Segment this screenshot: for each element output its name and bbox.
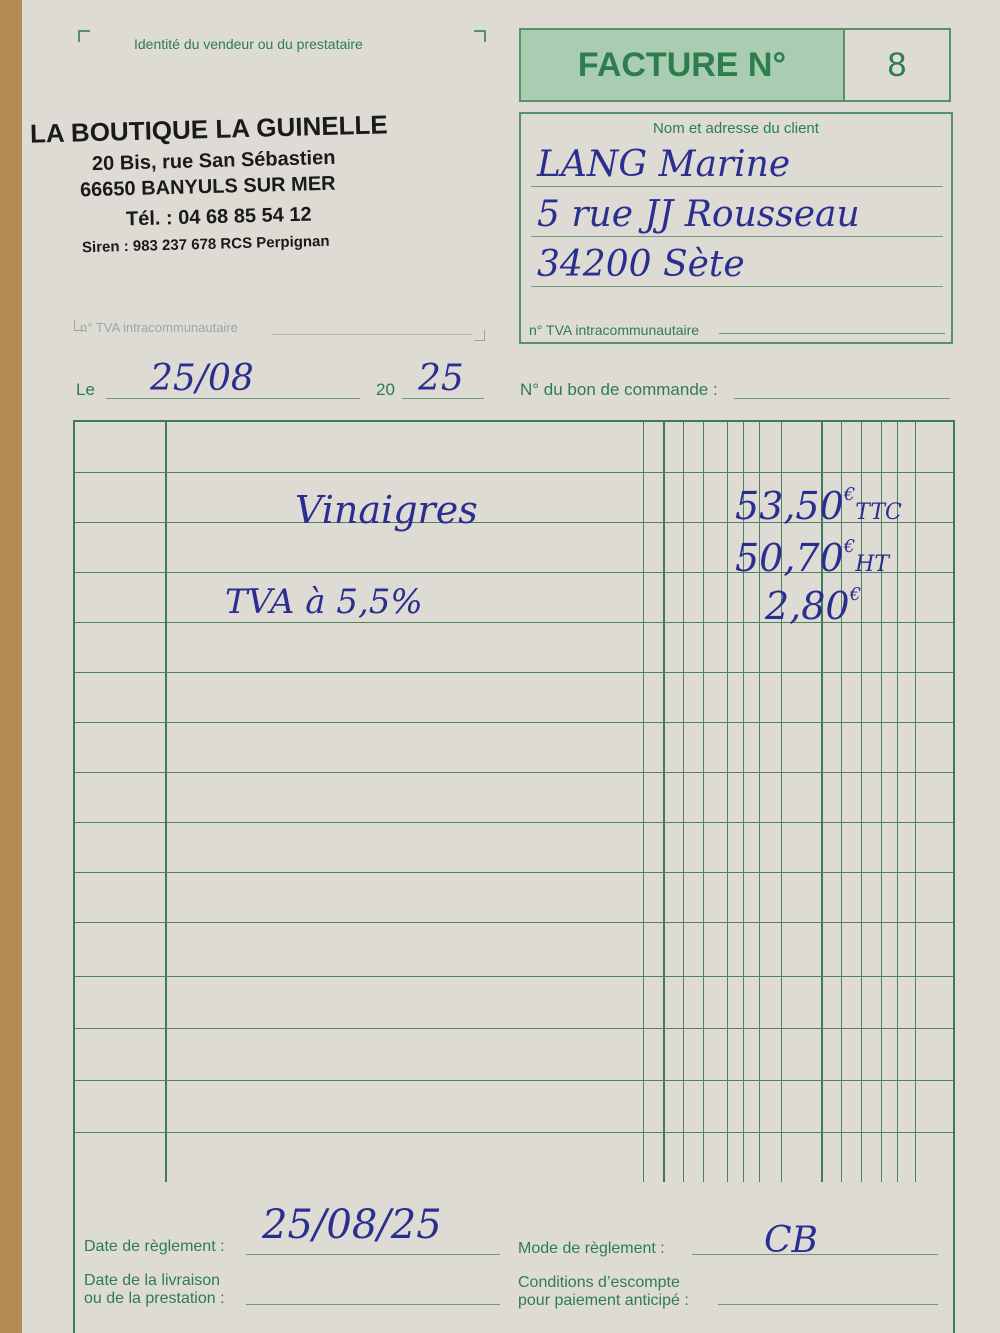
row-line <box>75 822 953 823</box>
row-line <box>75 1132 953 1133</box>
line-description[interactable]: TVA à 5,5% <box>225 582 423 622</box>
line-amount-tva[interactable]: 2,80€ <box>765 584 861 628</box>
row-line <box>75 722 953 723</box>
row-line <box>75 672 953 673</box>
row-line <box>75 472 953 473</box>
amount-suffix: TTC <box>855 500 902 525</box>
invoice-number: 8 <box>845 30 949 100</box>
amount-value: 50,70 <box>735 536 844 580</box>
line-amount-ttc[interactable]: 53,50€TTC <box>735 484 902 528</box>
client-city[interactable]: 34200 Sète <box>537 244 745 285</box>
client-line-2 <box>531 236 943 237</box>
seller-section-label: Identité du vendeur ou du prestataire <box>134 36 363 52</box>
col-divider <box>703 422 704 1182</box>
row-line <box>75 772 953 773</box>
discount-field[interactable] <box>718 1304 938 1305</box>
client-line-3 <box>531 286 943 287</box>
line-description[interactable]: Vinaigres <box>295 488 478 532</box>
seller-corner-br <box>474 330 485 341</box>
payment-date-label: Date de règlement : <box>84 1238 225 1256</box>
seller-corner-tr <box>474 30 486 42</box>
row-line <box>75 976 953 977</box>
col-divider <box>915 422 916 1182</box>
payment-date-value[interactable]: 25/08/25 <box>262 1202 442 1248</box>
order-number-field[interactable] <box>734 398 950 399</box>
invoice-lines-table: Vinaigres TVA à 5,5% 53,50€TTC 50,70€HT … <box>73 420 955 1182</box>
line-amount-ht[interactable]: 50,70€HT <box>735 536 889 580</box>
row-line <box>75 1080 953 1081</box>
date-year[interactable]: 25 <box>418 358 464 399</box>
client-name[interactable]: LANG Marine <box>537 144 790 185</box>
client-tva-label: n° TVA intracommunautaire <box>529 322 699 338</box>
delivery-date-field[interactable] <box>246 1304 500 1305</box>
discount-label-2: pour paiement anticipé : <box>518 1292 689 1310</box>
delivery-date-label-1: Date de la livraison <box>84 1272 220 1290</box>
seller-tva-field[interactable] <box>272 334 472 335</box>
date-prefix-label: Le <box>76 380 95 400</box>
euro-sign: € <box>850 584 861 605</box>
date-day-month[interactable]: 25/08 <box>150 358 254 399</box>
order-number-label: N° du bon de commande : <box>520 380 718 400</box>
amount-value: 2,80 <box>765 584 850 628</box>
payment-mode-label: Mode de règlement : <box>518 1240 665 1258</box>
client-box: Nom et adresse du client LANG Marine 5 r… <box>519 112 953 344</box>
footer-frame <box>73 1180 955 1333</box>
invoice-title: FACTURE N° <box>521 30 845 100</box>
invoice-number-box: FACTURE N° 8 <box>519 28 951 102</box>
col-divider <box>683 422 684 1182</box>
col-divider <box>643 422 644 1182</box>
date-century-label: 20 <box>376 380 395 400</box>
euro-sign: € <box>844 536 855 557</box>
row-line <box>75 1028 953 1029</box>
col-divider <box>897 422 898 1182</box>
col-divider-qty <box>663 422 665 1182</box>
col-divider-ref <box>165 422 167 1182</box>
col-divider <box>727 422 728 1182</box>
seller-phone: Tél. : 04 68 85 54 12 <box>126 204 312 232</box>
client-section-label: Nom et adresse du client <box>521 120 951 137</box>
row-line <box>75 872 953 873</box>
payment-mode-value[interactable]: CB <box>764 1220 818 1261</box>
row-line <box>75 922 953 923</box>
seller-tva-label: n° TVA intracommunautaire <box>80 320 238 335</box>
client-street[interactable]: 5 rue JJ Rousseau <box>537 194 860 235</box>
amount-suffix: HT <box>855 552 889 577</box>
payment-date-line <box>246 1254 500 1255</box>
euro-sign: € <box>844 484 855 505</box>
client-tva-field[interactable] <box>719 333 945 334</box>
delivery-date-label-2: ou de la prestation : <box>84 1290 225 1308</box>
amount-value: 53,50 <box>735 484 844 528</box>
seller-corner-tl <box>78 30 90 42</box>
discount-label-1: Conditions d’escompte <box>518 1274 680 1292</box>
client-line-1 <box>531 186 943 187</box>
